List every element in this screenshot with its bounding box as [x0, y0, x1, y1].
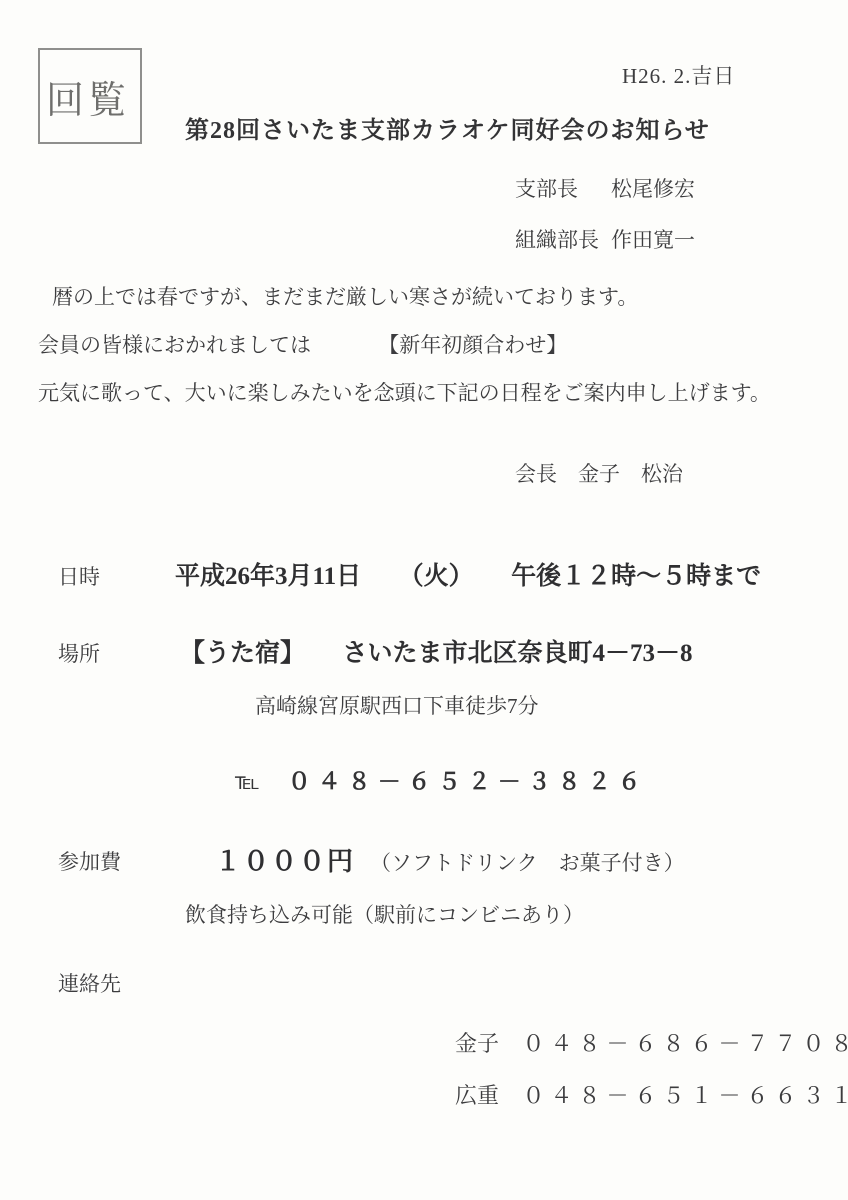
document-title: 第28回さいたま支部カラオケ同好会のお知らせ [185, 110, 710, 145]
access-directions: 高崎線宮原駅西口下車徒歩7分 [255, 690, 539, 720]
circulation-stamp-label: 回覧 [46, 69, 134, 124]
place-label: 場所 [58, 638, 100, 668]
official-name: 作田寛一 [611, 224, 695, 254]
contact-name: 金子 [455, 1031, 499, 1056]
official-name: 松尾修宏 [611, 173, 695, 203]
new-year-gathering-note: 【新年初顔合わせ】 [378, 333, 567, 357]
contact-entry: 金子 ０４８－６８６－７７０８ [455, 1027, 848, 1058]
official-role: 支部長 [515, 173, 611, 203]
contact-entry: 広重 ０４８－６５１－６６３１ [455, 1079, 848, 1110]
fee-note: （ソフトドリンク お菓子付き） [370, 847, 685, 877]
body-paragraph-3: 元気に歌って、大いに楽しみたいを念頭に下記の日程をご案内申し上げます。 [38, 377, 771, 407]
contact-label: 連絡先 [58, 968, 121, 998]
datetime-label: 日時 [58, 561, 100, 591]
place-value: 【うた宿】 さいたま市北区奈良町4－73－8 [180, 633, 693, 669]
official-branch-chief: 支部長 松尾修宏 [515, 173, 695, 203]
fee-value: １０００円 [215, 841, 355, 878]
body-paragraph-2: 会員の皆様におかれましては 【新年初顔合わせ】 [38, 329, 567, 359]
contact-phone: ０４８－６８６－７７０８ [523, 1031, 848, 1056]
fee-label: 参加費 [58, 846, 121, 876]
document-date: H26. 2.吉日 [622, 60, 735, 90]
official-organization-chief: 組織部長 作田寛一 [515, 224, 695, 254]
tel-number: ０４８－６５２－３８２６ [288, 769, 648, 794]
chairman-signature: 会長 金子 松治 [515, 458, 683, 488]
scanned-notice-document: 回覧 H26. 2.吉日 第28回さいたま支部カラオケ同好会のお知らせ 支部長 … [0, 0, 848, 1200]
body-paragraph-1: 暦の上では春ですが、まだまだ厳しい寒さが続いております。 [52, 281, 638, 311]
official-role: 組織部長 [515, 224, 611, 254]
food-policy-note: 飲食持ち込み可能（駅前にコンビニあり） [185, 899, 584, 929]
contact-name: 広重 [455, 1083, 499, 1108]
tel-icon: ℡ [235, 769, 260, 794]
body-paragraph-2-text: 会員の皆様におかれましては [38, 333, 311, 357]
contact-phone: ０４８－６５１－６６３１ [523, 1083, 848, 1108]
venue-telephone: ℡０４８－６５２－３８２６ [235, 763, 648, 796]
datetime-value: 平成26年3月11日 （火） 午後１２時～５時まで [175, 556, 761, 592]
circulation-stamp-box: 回覧 [38, 48, 142, 144]
